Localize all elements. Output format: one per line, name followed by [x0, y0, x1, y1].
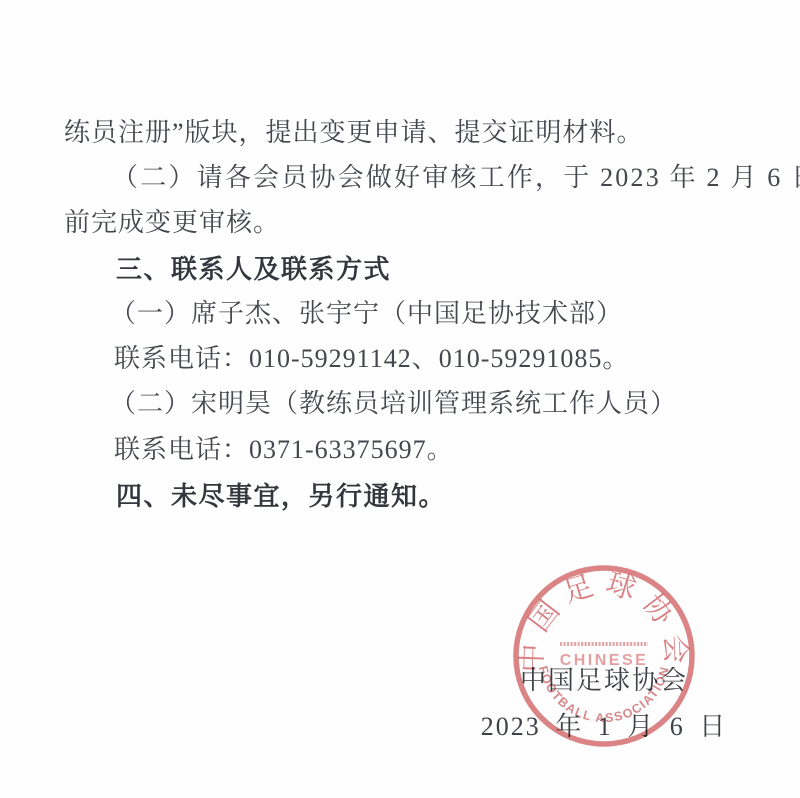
paragraph-line-6: 联系电话：010-59291142、010-59291085。: [114, 336, 629, 382]
paragraph-line-1: 练员注册”版块，提出变更申请、提交证明材料。: [64, 110, 644, 156]
paragraph-line-5: （一）席子杰、张宇宁（中国足协技术部）: [110, 291, 623, 337]
official-seal-stamp-icon: 中国足球协会 CHINESE FOOTBALL ASSOCIATION: [504, 556, 704, 756]
document-page: 练员注册”版块，提出变更申请、提交证明材料。 （二）请各会员协会做好审核工作，于…: [0, 0, 800, 798]
paragraph-line-2: （二）请各会员协会做好审核工作，于 2023 年 2 月 6 日: [112, 155, 800, 201]
paragraph-line-8: 联系电话：0371-63375697。: [114, 427, 454, 473]
paragraph-line-7: （二）宋明昊（教练员培训管理系统工作人员）: [110, 381, 677, 427]
seal-bottom-arc-english-text: FOOTBALL ASSOCIATION: [536, 664, 672, 725]
paragraph-line-3: 前完成变更审核。: [64, 200, 280, 246]
section-heading-3: 三、联系人及联系方式: [116, 246, 391, 292]
seal-chinese-label: CHINESE: [560, 652, 649, 669]
section-heading-4: 四、未尽事宜，另行通知。: [116, 473, 446, 519]
